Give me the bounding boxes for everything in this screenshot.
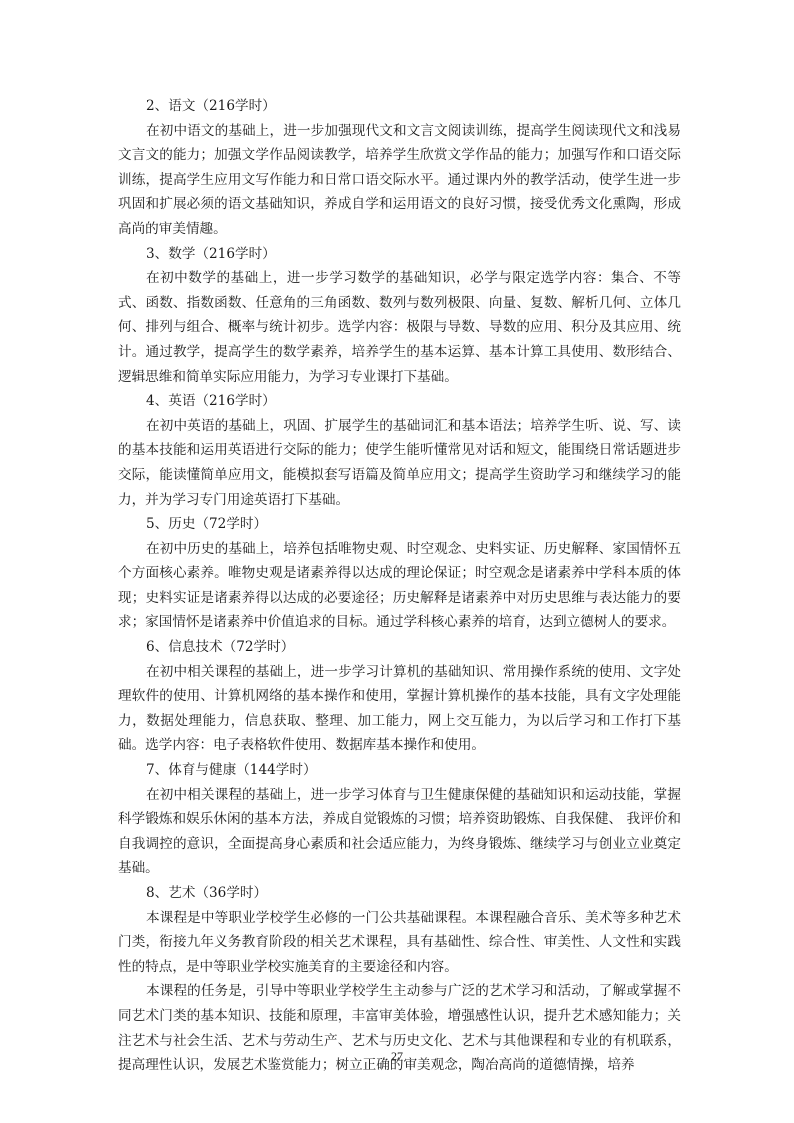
section-heading: 2、语文（216学时） — [118, 94, 681, 119]
section-paragraph: 在初中数学的基础上，进一步学习数学的基础知识，必学与限定选学内容：集合、不等式、… — [118, 266, 681, 389]
section-paragraph: 在初中英语的基础上，巩固、扩展学生的基础词汇和基本语法；培养学生听、说、写、读的… — [118, 414, 681, 512]
document-page: 2、语文（216学时） 在初中语文的基础上，进一步加强现代文和文言文阅读训练，提… — [118, 94, 681, 1078]
section-heading: 8、艺术（36学时） — [118, 881, 681, 906]
section-math: 3、数学（216学时） 在初中数学的基础上，进一步学习数学的基础知识，必学与限定… — [118, 242, 681, 390]
section-heading: 5、历史（72学时） — [118, 512, 681, 537]
section-pe-health: 7、体育与健康（144学时） 在初中相关课程的基础上，进一步学习体育与卫生健康保… — [118, 758, 681, 881]
section-english: 4、英语（216学时） 在初中英语的基础上，巩固、扩展学生的基础词汇和基本语法；… — [118, 389, 681, 512]
section-paragraph: 在初中相关课程的基础上，进一步学习体育与卫生健康保健的基础知识和运动技能，掌握科… — [118, 783, 681, 881]
section-heading: 6、信息技术（72学时） — [118, 635, 681, 660]
section-heading: 3、数学（216学时） — [118, 242, 681, 267]
section-information-technology: 6、信息技术（72学时） 在初中相关课程的基础上，进一步学习计算机的基础知识、常… — [118, 635, 681, 758]
section-chinese: 2、语文（216学时） 在初中语文的基础上，进一步加强现代文和文言文阅读训练，提… — [118, 94, 681, 242]
section-heading: 7、体育与健康（144学时） — [118, 758, 681, 783]
section-paragraph: 在初中语文的基础上，进一步加强现代文和文言文阅读训练，提高学生阅读现代文和浅易文… — [118, 119, 681, 242]
section-paragraph: 在初中历史的基础上，培养包括唯物史观、时空观念、史料实证、历史解释、家国情怀五个… — [118, 537, 681, 635]
page-number: 27 — [0, 1049, 794, 1064]
section-paragraph: 在初中相关课程的基础上，进一步学习计算机的基础知识、常用操作系统的使用、文字处理… — [118, 660, 681, 758]
section-paragraph: 本课程是中等职业学校学生必修的一门公共基础课程。本课程融合音乐、美术等多种艺术门… — [118, 906, 681, 980]
section-heading: 4、英语（216学时） — [118, 389, 681, 414]
section-history: 5、历史（72学时） 在初中历史的基础上，培养包括唯物史观、时空观念、史料实证、… — [118, 512, 681, 635]
